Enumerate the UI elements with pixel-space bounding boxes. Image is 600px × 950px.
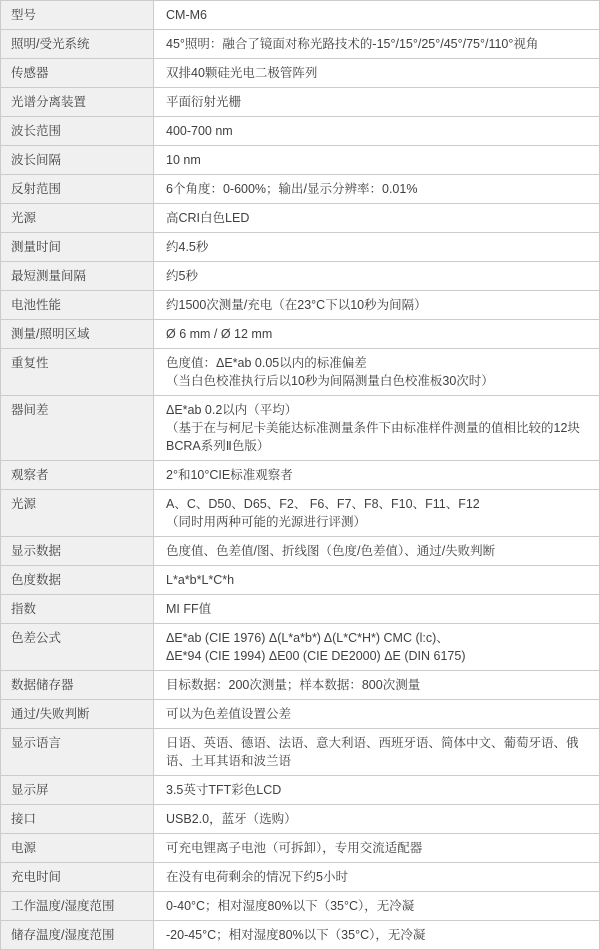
spec-row: 光源 高CRI白色LED	[1, 204, 600, 233]
spec-label-cell: 通过/失败判断	[1, 700, 154, 729]
spec-value-cell: 45°照明：融合了镜面对称光路技术的-15°/15°/25°/45°/75°/1…	[154, 30, 600, 59]
spec-value-cell: 10 nm	[154, 146, 600, 175]
spec-row: 光谱分离装置 平面衍射光栅	[1, 88, 600, 117]
spec-label-cell: 色度数据	[1, 566, 154, 595]
spec-value-cell: CM-M6	[154, 1, 600, 30]
spec-label-cell: 测量时间	[1, 233, 154, 262]
spec-value-cell: 约1500次测量/充电（在23°C下以10秒为间隔）	[154, 291, 600, 320]
spec-row: 色度数据 L*a*b*L*C*h	[1, 566, 600, 595]
spec-row: 电池性能 约1500次测量/充电（在23°C下以10秒为间隔）	[1, 291, 600, 320]
spec-value-cell: Ø 6 mm / Ø 12 mm	[154, 320, 600, 349]
spec-row: 最短测量间隔 约5秒	[1, 262, 600, 291]
spec-row: 显示语言 日语、英语、德语、法语、意大利语、西班牙语、简体中文、葡萄牙语、俄语、…	[1, 729, 600, 776]
spec-value-cell: 平面衍射光栅	[154, 88, 600, 117]
spec-row: 测量/照明区域 Ø 6 mm / Ø 12 mm	[1, 320, 600, 349]
spec-label-cell: 数据储存器	[1, 671, 154, 700]
spec-row: 通过/失败判断 可以为色差值设置公差	[1, 700, 600, 729]
spec-value-cell: 400-700 nm	[154, 117, 600, 146]
spec-row: 观察者 2°和10°CIE标准观察者	[1, 461, 600, 490]
spec-value-cell: 可以为色差值设置公差	[154, 700, 600, 729]
spec-value-cell: 2°和10°CIE标准观察者	[154, 461, 600, 490]
spec-value-cell: ΔE*ab (CIE 1976) Δ(L*a*b*) Δ(L*C*H*) CMC…	[154, 624, 600, 671]
spec-label-cell: 显示屏	[1, 776, 154, 805]
spec-row: 指数 MI FF值	[1, 595, 600, 624]
spec-value-cell: 约4.5秒	[154, 233, 600, 262]
spec-value-cell: 0-40°C；相对湿度80%以下（35°C），无冷凝	[154, 892, 600, 921]
spec-value-cell: ΔE*ab 0.2以内（平均） （基于在与柯尼卡美能达标准测量条件下由标准样件测…	[154, 396, 600, 461]
spec-row: 波长范围 400-700 nm	[1, 117, 600, 146]
spec-label-cell: 传感器	[1, 59, 154, 88]
spec-label-cell: 测量/照明区域	[1, 320, 154, 349]
spec-label-cell: 重复性	[1, 349, 154, 396]
spec-value-cell: 高CRI白色LED	[154, 204, 600, 233]
spec-row: 色差公式 ΔE*ab (CIE 1976) Δ(L*a*b*) Δ(L*C*H*…	[1, 624, 600, 671]
spec-row: 型号 CM-M6	[1, 1, 600, 30]
spec-value-cell: A、C、D50、D65、F2、 F6、F7、F8、F10、F11、F12 （同时…	[154, 490, 600, 537]
spec-table-body: 型号 CM-M6 照明/受光系统 45°照明：融合了镜面对称光路技术的-15°/…	[1, 1, 600, 950]
spec-sheet: 型号 CM-M6 照明/受光系统 45°照明：融合了镜面对称光路技术的-15°/…	[0, 0, 600, 950]
spec-value-cell: 色度值：ΔE*ab 0.05以内的标准偏差 （当白色校准执行后以10秒为间隔测量…	[154, 349, 600, 396]
spec-row: 显示数据 色度值、色差值/图、折线图（色度/色差值）、通过/失败判断	[1, 537, 600, 566]
spec-value-cell: 在没有电荷剩余的情况下约5小时	[154, 863, 600, 892]
spec-label-cell: 接口	[1, 805, 154, 834]
spec-value-cell: 可充电锂离子电池（可拆卸），专用交流适配器	[154, 834, 600, 863]
spec-label-cell: 显示语言	[1, 729, 154, 776]
spec-label-cell: 型号	[1, 1, 154, 30]
spec-value-cell: 3.5英寸TFT彩色LCD	[154, 776, 600, 805]
spec-value-cell: 色度值、色差值/图、折线图（色度/色差值）、通过/失败判断	[154, 537, 600, 566]
spec-value-cell: USB2.0，蓝牙（选购）	[154, 805, 600, 834]
spec-row: 反射范围 6个角度：0-600%；输出/显示分辨率：0.01%	[1, 175, 600, 204]
spec-row: 重复性 色度值：ΔE*ab 0.05以内的标准偏差 （当白色校准执行后以10秒为…	[1, 349, 600, 396]
spec-value-cell: MI FF值	[154, 595, 600, 624]
spec-row: 数据储存器 目标数据：200次测量；样本数据：800次测量	[1, 671, 600, 700]
spec-label-cell: 波长范围	[1, 117, 154, 146]
spec-row: 电源 可充电锂离子电池（可拆卸），专用交流适配器	[1, 834, 600, 863]
spec-row: 接口 USB2.0，蓝牙（选购）	[1, 805, 600, 834]
spec-row: 器间差 ΔE*ab 0.2以内（平均） （基于在与柯尼卡美能达标准测量条件下由标…	[1, 396, 600, 461]
spec-value-cell: L*a*b*L*C*h	[154, 566, 600, 595]
spec-value-cell: 双排40颗硅光电二极管阵列	[154, 59, 600, 88]
spec-label-cell: 显示数据	[1, 537, 154, 566]
spec-row: 照明/受光系统 45°照明：融合了镜面对称光路技术的-15°/15°/25°/4…	[1, 30, 600, 59]
spec-row: 工作温度/湿度范围 0-40°C；相对湿度80%以下（35°C），无冷凝	[1, 892, 600, 921]
spec-row: 显示屏 3.5英寸TFT彩色LCD	[1, 776, 600, 805]
spec-value-cell: 约5秒	[154, 262, 600, 291]
spec-label-cell: 指数	[1, 595, 154, 624]
spec-label-cell: 光源	[1, 204, 154, 233]
spec-value-cell: 日语、英语、德语、法语、意大利语、西班牙语、简体中文、葡萄牙语、俄语、土耳其语和…	[154, 729, 600, 776]
spec-row: 波长间隔 10 nm	[1, 146, 600, 175]
spec-label-cell: 储存温度/湿度范围	[1, 921, 154, 950]
spec-row: 充电时间 在没有电荷剩余的情况下约5小时	[1, 863, 600, 892]
spec-label-cell: 光谱分离装置	[1, 88, 154, 117]
spec-row: 储存温度/湿度范围 -20-45°C；相对湿度80%以下（35°C），无冷凝	[1, 921, 600, 950]
spec-label-cell: 工作温度/湿度范围	[1, 892, 154, 921]
spec-label-cell: 反射范围	[1, 175, 154, 204]
spec-label-cell: 电源	[1, 834, 154, 863]
spec-row: 传感器 双排40颗硅光电二极管阵列	[1, 59, 600, 88]
spec-label-cell: 色差公式	[1, 624, 154, 671]
spec-row: 光源 A、C、D50、D65、F2、 F6、F7、F8、F10、F11、F12 …	[1, 490, 600, 537]
spec-label-cell: 光源	[1, 490, 154, 537]
spec-value-cell: -20-45°C；相对湿度80%以下（35°C），无冷凝	[154, 921, 600, 950]
spec-label-cell: 器间差	[1, 396, 154, 461]
spec-label-cell: 最短测量间隔	[1, 262, 154, 291]
spec-label-cell: 照明/受光系统	[1, 30, 154, 59]
spec-label-cell: 波长间隔	[1, 146, 154, 175]
spec-value-cell: 6个角度：0-600%；输出/显示分辨率：0.01%	[154, 175, 600, 204]
spec-table: 型号 CM-M6 照明/受光系统 45°照明：融合了镜面对称光路技术的-15°/…	[0, 0, 600, 950]
spec-row: 测量时间 约4.5秒	[1, 233, 600, 262]
spec-label-cell: 电池性能	[1, 291, 154, 320]
spec-label-cell: 充电时间	[1, 863, 154, 892]
spec-label-cell: 观察者	[1, 461, 154, 490]
spec-value-cell: 目标数据：200次测量；样本数据：800次测量	[154, 671, 600, 700]
